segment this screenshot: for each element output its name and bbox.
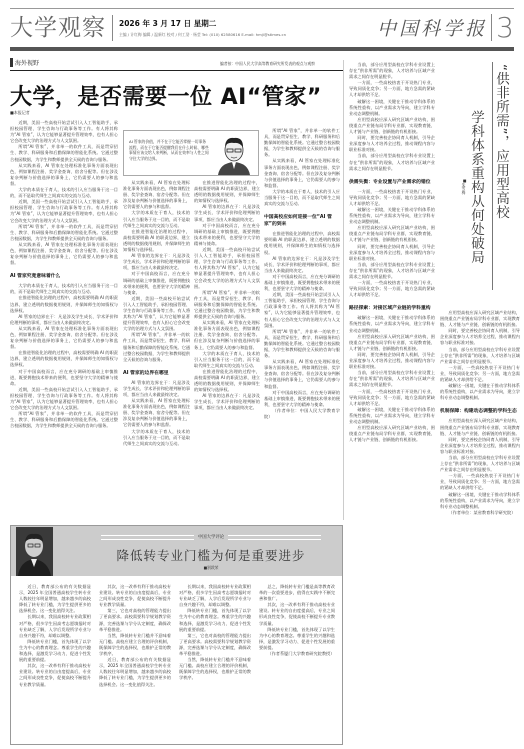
- side-author: ■朱雪梅: [462, 178, 467, 194]
- main-article-col-2: 从实践来看，AI 管家在处理标准化事务方面表现出色，例如课程注册、奖学金查询、宿…: [123, 180, 190, 520]
- paragraph: 当前，部分应用型高校在学科专业设置上存在“供非所需”的现象，人才培养与区域产业需…: [349, 370, 435, 388]
- paragraph: 同时，要完善校企协同育人机制，引导企业深度参与人才培养全过程，推动课程内容与职业…: [349, 352, 435, 370]
- column-note: 编者按：中国人民大学高等教育研究所发表的观点与观察: [220, 61, 315, 67]
- paragraph: 同时，要完善校企协同育人机制，引导企业深度参与人才培养全过程，推动课程内容与职业…: [349, 244, 435, 262]
- column-divider: [343, 60, 344, 520]
- masthead-top-rule: [10, 8, 514, 9]
- paragraph: 同时，要完善校企协同育人机制，引导企业深度参与人才培养全过程，推动课程内容与职业…: [440, 437, 520, 455]
- main-article-col-1: 近期，美国一些高校开始尝试引入人工智能助手，承担校园管理、学生咨询与行政事务等工…: [10, 120, 118, 520]
- paragraph: 从实践来看，AI 管家在处理标准化事务方面表现出色，例如课程注册、奖学金查询、宿…: [10, 326, 118, 350]
- paragraph: 应用型高校应深入研究区域产业结构，围绕重点产业链布局学科专业群，实现教育链、人才…: [349, 334, 435, 352]
- issue-date: 2026 年 3 月 17 日 星期二: [119, 18, 286, 29]
- paragraph: 从实践来看，AI 管家在处理标准化事务方面表现出色，例如课程注册、奖学金查询、宿…: [264, 158, 340, 188]
- paragraph: 其次，这一改革有利于推动高校专业建设。转专业的自由度提高后，专业之间形成良性竞争…: [99, 584, 171, 608]
- paragraph: 从实践来看，AI 管家在处理标准化事务方面表现出色，例如课程注册、奖学金查询、宿…: [123, 398, 190, 428]
- decorative-lines: [101, 535, 194, 540]
- subheading: AI 管家究竟意味着什么: [10, 272, 118, 279]
- review-body: 近日，教育部公布的有关数据显示，2025 年全国普通高校学生转专业人数较往年明显…: [11, 578, 342, 744]
- paragraph: 近日，教育部公布的有关数据显示，2025 年全国普通高校学生转专业人数较往年明显…: [19, 584, 91, 614]
- review-col-1: 近日，教育部公布的有关数据显示，2025 年全国普通高校学生转专业人数较往年明显…: [19, 584, 91, 740]
- paragraph: 近期，美国一些高校开始尝试引入人工智能助手，承担校园管理、学生咨询与行政事务等工…: [10, 199, 118, 223]
- subheading: 供需失衡：专业设置与产业需求的错位: [349, 178, 435, 185]
- newspaper-logo: 中国科学报: [377, 14, 492, 41]
- review-column-box: 中国大学评论 降低转专业门槛为何是重要进步 ■别敦荣 近日，教育部公布的有关数据…: [10, 525, 343, 745]
- paragraph: 第三，它也对高校的管理能力提出了更高要求。高校需要科学规划教学资源，完善选课与学…: [99, 608, 171, 632]
- paragraph: AI 管家的边界在于：凡是涉及学生成长、学术评价和伦理判断的事项，都应当由人来做…: [123, 380, 190, 398]
- paragraph: 所谓“AI 管家”，并非单一的软件工具，而是贯穿招生、教学、科研服务和后勤保障的…: [264, 128, 340, 158]
- paragraph: 其次，这一改革有利于推动高校专业建设。转专业的自由度提高后，专业之间形成良性竞争…: [259, 602, 335, 626]
- paragraph: 在推进智能化治理的过程中，高校需要明确 AI 的职责边界，建立透明的数据使用规则…: [194, 180, 260, 204]
- paragraph: 大学的本质在于育人，技术的引入应当服务于这一目的，而不是取代师生之间真实的交流与…: [194, 351, 260, 369]
- paragraph: 所谓“AI 管家”，并非单一的软件工具，而是贯穿招生、教学、科研服务和后勤保障的…: [10, 224, 118, 242]
- paragraph: 所谓“AI 管家”，并非单一的软件工具，而是贯穿招生、教学、科研服务和后勤保障的…: [194, 290, 260, 320]
- paragraph: 当然，降低转专业门槛并不意味着无门槛。高校应建立合理的评价机制，既保障学生的选择…: [179, 657, 251, 681]
- paragraph: 所谓“AI 管家”，并非单一的软件工具，而是贯穿招生、教学、科研服务和后勤保障的…: [264, 329, 340, 359]
- paragraph: 降低转专业门槛，首先体现了以学生为中心的教育理念。尊重学生的兴趣和选择，是激发学…: [179, 608, 251, 632]
- paragraph: AI 管家的边界在于：凡是涉及学生成长、学术评价和伦理判断的事项，都应当由人来做…: [264, 256, 340, 274]
- column-label: 海外视野: [10, 58, 39, 67]
- paragraph: 当前，部分应用型高校在学科专业设置上存在“供非所需”的现象，人才培养与区域产业需…: [349, 262, 435, 280]
- paragraph: 对于中国高校而言，应在充分调研的基础上审慎推进，既要拥抱技术带来的便利，也要坚守…: [194, 223, 260, 247]
- paragraph: 一方面，一些高校热衷于开设热门专业，导致同质化竞争；另一方面，地方急需的紧缺人才…: [440, 473, 520, 491]
- paragraph: 近期，美国一些高校开始尝试引入人工智能助手，承担校园管理、学生咨询与行政事务等工…: [264, 292, 340, 329]
- paragraph: AI 管家的边界在于：凡是涉及学生成长、学术评价和伦理判断的事项，都应当由人来做…: [10, 314, 118, 326]
- paragraph: 从实践来看，AI 管家在处理标准化事务方面表现出色，例如课程注册、奖学金查询、宿…: [194, 320, 260, 350]
- side-article-col-1: 当前，部分应用型高校在学科专业设置上存在“供非所需”的现象，人才培养与区域产业需…: [349, 62, 435, 742]
- main-byline: ■本报记者: [10, 110, 30, 116]
- paragraph: 在推进智能化治理的过程中，高校需要明确 AI 的职责边界，建立透明的数据使用规则…: [194, 369, 260, 393]
- paragraph: 大学的本质在于育人，技术的引入应当服务于这一目的，而不是取代师生之间真实的交流与…: [10, 187, 118, 199]
- paragraph: 对于中国高校而言，应在充分调研的基础上审慎推进，既要拥抱技术带来的便利，也要坚守…: [123, 271, 190, 295]
- paragraph: 降低转专业门槛，首先体现了以学生为中心的教育理念。尊重学生的兴趣和选择，是激发学…: [19, 639, 91, 663]
- paragraph: 第三，它也对高校的管理能力提出了更高要求。高校需要科学规划教学资源，完善选课与学…: [179, 633, 251, 657]
- paragraph: 应用型高校应深入研究区域产业结构，围绕重点产业链布局学科专业群，实现教育链、人才…: [440, 418, 520, 436]
- editor-credits: 主编 / 计红梅 编辑 / 温新红 校对 / 何工劢 · 杨莹 Tel: (01…: [119, 32, 286, 38]
- masthead: 大学观察 2026 年 3 月 17 日 星期二 主编 / 计红梅 编辑 / 温…: [10, 10, 514, 45]
- paragraph: 大学的本质在于育人，技术的引入应当服务于这一目的，而不是取代师生之间真实的交流与…: [123, 429, 190, 447]
- paragraph: 大学的本质在于育人，技术的引入应当服务于这一目的，而不是取代师生之间真实的交流与…: [264, 189, 340, 207]
- paragraph: 降低转专业门槛，首先体现了以学生为中心的教育理念。尊重学生的兴趣和选择，是激发学…: [259, 627, 335, 651]
- paragraph: 近期，美国一些高校开始尝试引入人工智能助手，承担校园管理、学生咨询与行政事务等工…: [194, 247, 260, 290]
- subheading: 机制保障：构建动态调整的学科生态: [440, 407, 520, 414]
- issue-info: 2026 年 3 月 17 日 星期二 主编 / 计红梅 编辑 / 温新红 校对…: [113, 18, 286, 38]
- paragraph: 对于中国高校而言，应在充分调研的基础上审慎推进，既要拥抱技术带来的便利，也要坚守…: [10, 369, 118, 387]
- paragraph: 大学的本质在于育人，技术的引入应当服务于这一目的，而不是取代师生之间真实的交流与…: [10, 283, 118, 295]
- paragraph: 从实践来看，AI 管家在处理标准化事务方面表现出色，例如课程注册、奖学金查询、宿…: [10, 163, 118, 187]
- paragraph: 一方面，一些高校热衷于开设热门专业，导致同质化竞争；另一方面，地方急需的紧缺人才…: [349, 280, 435, 298]
- side-article-title: “供非所需”，应用型高校 学科体系重构从何处破局 ■朱雪梅: [443, 62, 519, 292]
- paragraph: 对于中国高校而言，应在充分调研的基础上审慎推进，既要拥抱技术带来的便利，也要坚守…: [264, 390, 340, 408]
- paragraph: 一方面，一些高校热衷于开设热门专业，导致同质化竞争；另一方面，地方急需的紧缺人才…: [349, 389, 435, 407]
- paragraph: 从实践来看，AI 管家在处理标准化事务方面表现出色，例如课程注册、奖学金查询、宿…: [264, 359, 340, 389]
- review-col-2: 其次，这一改革有利于推动高校专业建设。转专业的自由度提高后，专业之间形成良性竞争…: [99, 584, 171, 740]
- paragraph: 在推进智能化治理的过程中，高校需要明确 AI 的职责边界，建立透明的数据使用规则…: [10, 295, 118, 313]
- paragraph: （作者单位：中国人民大学教育学院）: [264, 408, 340, 420]
- subheading: 路径探索：对接区域产业链的学科重构: [349, 304, 435, 311]
- paragraph: 近期，美国一些高校开始尝试引入人工智能助手，承担校园管理、学生咨询与行政事务等工…: [10, 387, 118, 411]
- paragraph: AI 管家的边界在于：凡是涉及学生成长、学术评价和伦理判断的事项，都应当由人来做…: [194, 204, 260, 222]
- paragraph: 应用型高校应深入研究区域产业结构，围绕重点产业链布局学科专业群，实现教育链、人才…: [349, 225, 435, 243]
- paragraph: （作者单位：某省教育科学研究院）: [440, 510, 520, 516]
- paragraph: 所谓“AI 管家”，并非单一的软件工具，而是贯穿招生、教学、科研服务和后勤保障的…: [10, 411, 118, 429]
- author-photo-icon: [16, 527, 53, 576]
- review-author-photo: [16, 527, 53, 576]
- paragraph: 对于中国高校而言，应在充分调研的基础上审慎推进，既要拥抱技术带来的便利，也要坚守…: [264, 274, 340, 292]
- page-number: 3: [492, 13, 514, 43]
- paragraph: 近日，教育部公布的有关数据显示，2025 年全国普通高校学生转专业人数较往年明显…: [99, 657, 171, 687]
- paragraph: 大学的本质在于育人，技术的引入应当服务于这一目的，而不是取代师生之间真实的交流与…: [123, 210, 190, 228]
- paragraph: 当然，降低转专业门槛并不意味着无门槛。高校应建立合理的评价机制，既保障学生的选择…: [99, 633, 171, 657]
- column-rule: [10, 70, 343, 71]
- paragraph: 同时，要完善校企协同育人机制，引导企业深度参与人才培养全过程，推动课程内容与职业…: [349, 135, 435, 153]
- subheading: AI 管家的边界在哪里: [123, 369, 190, 376]
- main-article-col-3: 在推进智能化治理的过程中，高校需要明确 AI 的职责边界，建立透明的数据使用规则…: [194, 180, 260, 520]
- paragraph: 其次，这一改革有利于推动高校专业建设。转专业的自由度提高后，专业之间形成良性竞争…: [19, 663, 91, 687]
- paragraph: 所谓“AI 管家”，并非单一的软件工具，而是贯穿招生、教学、科研服务和后勤保障的…: [123, 332, 190, 362]
- paragraph: （作者系厦门大学教育研究院教授）: [259, 651, 335, 657]
- side-article-col-2: 应用型高校应深入研究区域产业结构，围绕重点产业链布局学科专业群，实现教育链、人才…: [440, 310, 520, 745]
- main-article-col-4: 所谓“AI 管家”，并非单一的软件工具，而是贯穿招生、教学、科研服务和后勤保障的…: [264, 128, 340, 520]
- title-rule: [492, 62, 493, 290]
- paragraph: 应用型高校应深入研究区域产业结构，围绕重点产业链布局学科专业群，实现教育链、人才…: [349, 425, 435, 443]
- paragraph: 当前，部分应用型高校在学科专业设置上存在“供非所需”的现象，人才培养与区域产业需…: [440, 455, 520, 473]
- review-header: 中国大学评论 降低转专业门槛为何是重要进步 ■别敦荣: [11, 526, 342, 576]
- paragraph: 在推进智能化治理的过程中，高校需要明确 AI 的职责边界，建立透明的数据使用规则…: [123, 229, 190, 253]
- masthead-bottom-bar: [10, 47, 514, 51]
- main-headline: 大学，是否需要一位 AI“管家”: [10, 80, 322, 111]
- paragraph: 在推进智能化治理的过程中，高校需要明确 AI 的职责边界，建立透明的数据使用规则…: [264, 231, 340, 255]
- pull-quote: AI 管家的价值，并不在于它能否掌握一切事务流程，而在于它能否提醒我们在什么时候…: [129, 139, 209, 161]
- paragraph: 破解这一困境，关键在于推动学科体系的系统性重构，以产业需求为导向，建立学科专业动…: [349, 315, 435, 333]
- paragraph: 破解这一困境，关键在于推动学科体系的系统性重构，以产业需求为导向，建立学科专业动…: [440, 492, 520, 510]
- review-title: 降低转专业门槛为何是重要进步: [81, 546, 341, 564]
- paragraph: 应用型高校应深入研究区域产业结构，围绕重点产业链布局学科专业群，实现教育链、人才…: [440, 310, 520, 328]
- pull-quote-box: AI 管家的价值，并不在于它能否掌握一切事务流程，而在于它能否提醒我们在什么时候…: [123, 130, 259, 176]
- paragraph: AI 管家的边界在于：凡是涉及学生成长、学术评价和伦理判断的事项，都应当由人来做…: [194, 393, 260, 411]
- paragraph: 在推进智能化治理的过程中，高校需要明确 AI 的职责边界，建立透明的数据使用规则…: [10, 350, 118, 368]
- paragraph: 从实践来看，AI 管家在处理标准化事务方面表现出色，例如课程注册、奖学金查询、宿…: [10, 242, 118, 266]
- paragraph: AI 管家的边界在于：凡是涉及学生成长、学术评价和伦理判断的事项，都应当由人来做…: [123, 253, 190, 271]
- paragraph: 破解这一困境，关键在于推动学科体系的系统性重构，以产业需求为导向，建立学科专业动…: [349, 407, 435, 425]
- paragraph: 一方面，一些高校热衷于开设热门专业，导致同质化竞争；另一方面，地方急需的紧缺人才…: [440, 365, 520, 383]
- paragraph: 破解这一困境，关键在于推动学科体系的系统性重构，以产业需求为导向，建立学科专业动…: [349, 207, 435, 225]
- side-title-line-1: “供非所需”，应用型高校: [491, 64, 511, 219]
- paragraph: 长期以来，我国高校转专业政策相对严格，很多学生因高考志愿填报时对专业缺乏了解，入…: [19, 614, 91, 638]
- subheading: 中国高校应如何迎接一位“AI 管家”的到来: [264, 213, 340, 227]
- paragraph: 应用型高校应深入研究区域产业结构，围绕重点产业链布局学科专业群，实现教育链、人才…: [349, 117, 435, 135]
- paragraph: 一方面，一些高校热衷于开设热门专业，导致同质化竞争；另一方面，地方急需的紧缺人才…: [349, 80, 435, 98]
- review-author: ■别敦荣: [81, 565, 341, 571]
- paragraph: 近期，美国一些高校开始尝试引入人工智能助手，承担校园管理、学生咨询与行政事务等工…: [123, 296, 190, 333]
- review-tag-row: 中国大学评论: [101, 534, 321, 540]
- paragraph: 从实践来看，AI 管家在处理标准化事务方面表现出色，例如课程注册、奖学金查询、宿…: [123, 180, 190, 210]
- paragraph: 总之，降低转专业门槛是高等教育改革的一次重要进步，值得在实践中不断完善和推广。: [259, 584, 335, 602]
- review-tag: 中国大学评论: [194, 534, 228, 540]
- paragraph: 一方面，一些高校热衷于开设热门专业，导致同质化竞争；另一方面，地方急需的紧缺人才…: [349, 189, 435, 207]
- paragraph: 近期，美国一些高校开始尝试引入人工智能助手，承担校园管理、学生咨询与行政事务等工…: [10, 120, 118, 144]
- paragraph: 当前，部分应用型高校在学科专业设置上存在“供非所需”的现象，人才培养与区域产业需…: [440, 347, 520, 365]
- paragraph: 长期以来，我国高校转专业政策相对严格，很多学生因高考志愿填报时对专业缺乏了解，入…: [179, 584, 251, 608]
- review-col-3: 长期以来，我国高校转专业政策相对严格，很多学生因高考志愿填报时对专业缺乏了解，入…: [179, 584, 251, 740]
- side-title-line-2: 学科体系重构从何处破局: [466, 110, 486, 264]
- review-col-4: 总之，降低转专业门槛是高等教育改革的一次重要进步，值得在实践中不断完善和推广。 …: [259, 584, 335, 740]
- paragraph: 当前，部分应用型高校在学科专业设置上存在“供非所需”的现象，人才培养与区域产业需…: [349, 62, 435, 80]
- paragraph: 当前，部分应用型高校在学科专业设置上存在“供非所需”的现象，人才培养与区域产业需…: [349, 153, 435, 171]
- author-portrait-icon: [214, 133, 254, 175]
- paragraph: 同时，要完善校企协同育人机制，引导企业深度参与人才培养全过程，推动课程内容与职业…: [440, 328, 520, 346]
- paragraph: 破解这一困境，关键在于推动学科体系的系统性重构，以产业需求为导向，建立学科专业动…: [440, 383, 520, 401]
- decorative-lines: [228, 535, 321, 540]
- paragraph: 所谓“AI 管家”，并非单一的软件工具，而是贯穿招生、教学、科研服务和后勤保障的…: [10, 144, 118, 162]
- paragraph: 破解这一困境，关键在于推动学科体系的系统性重构，以产业需求为导向，建立学科专业动…: [349, 99, 435, 117]
- section-name: 大学观察: [10, 15, 113, 41]
